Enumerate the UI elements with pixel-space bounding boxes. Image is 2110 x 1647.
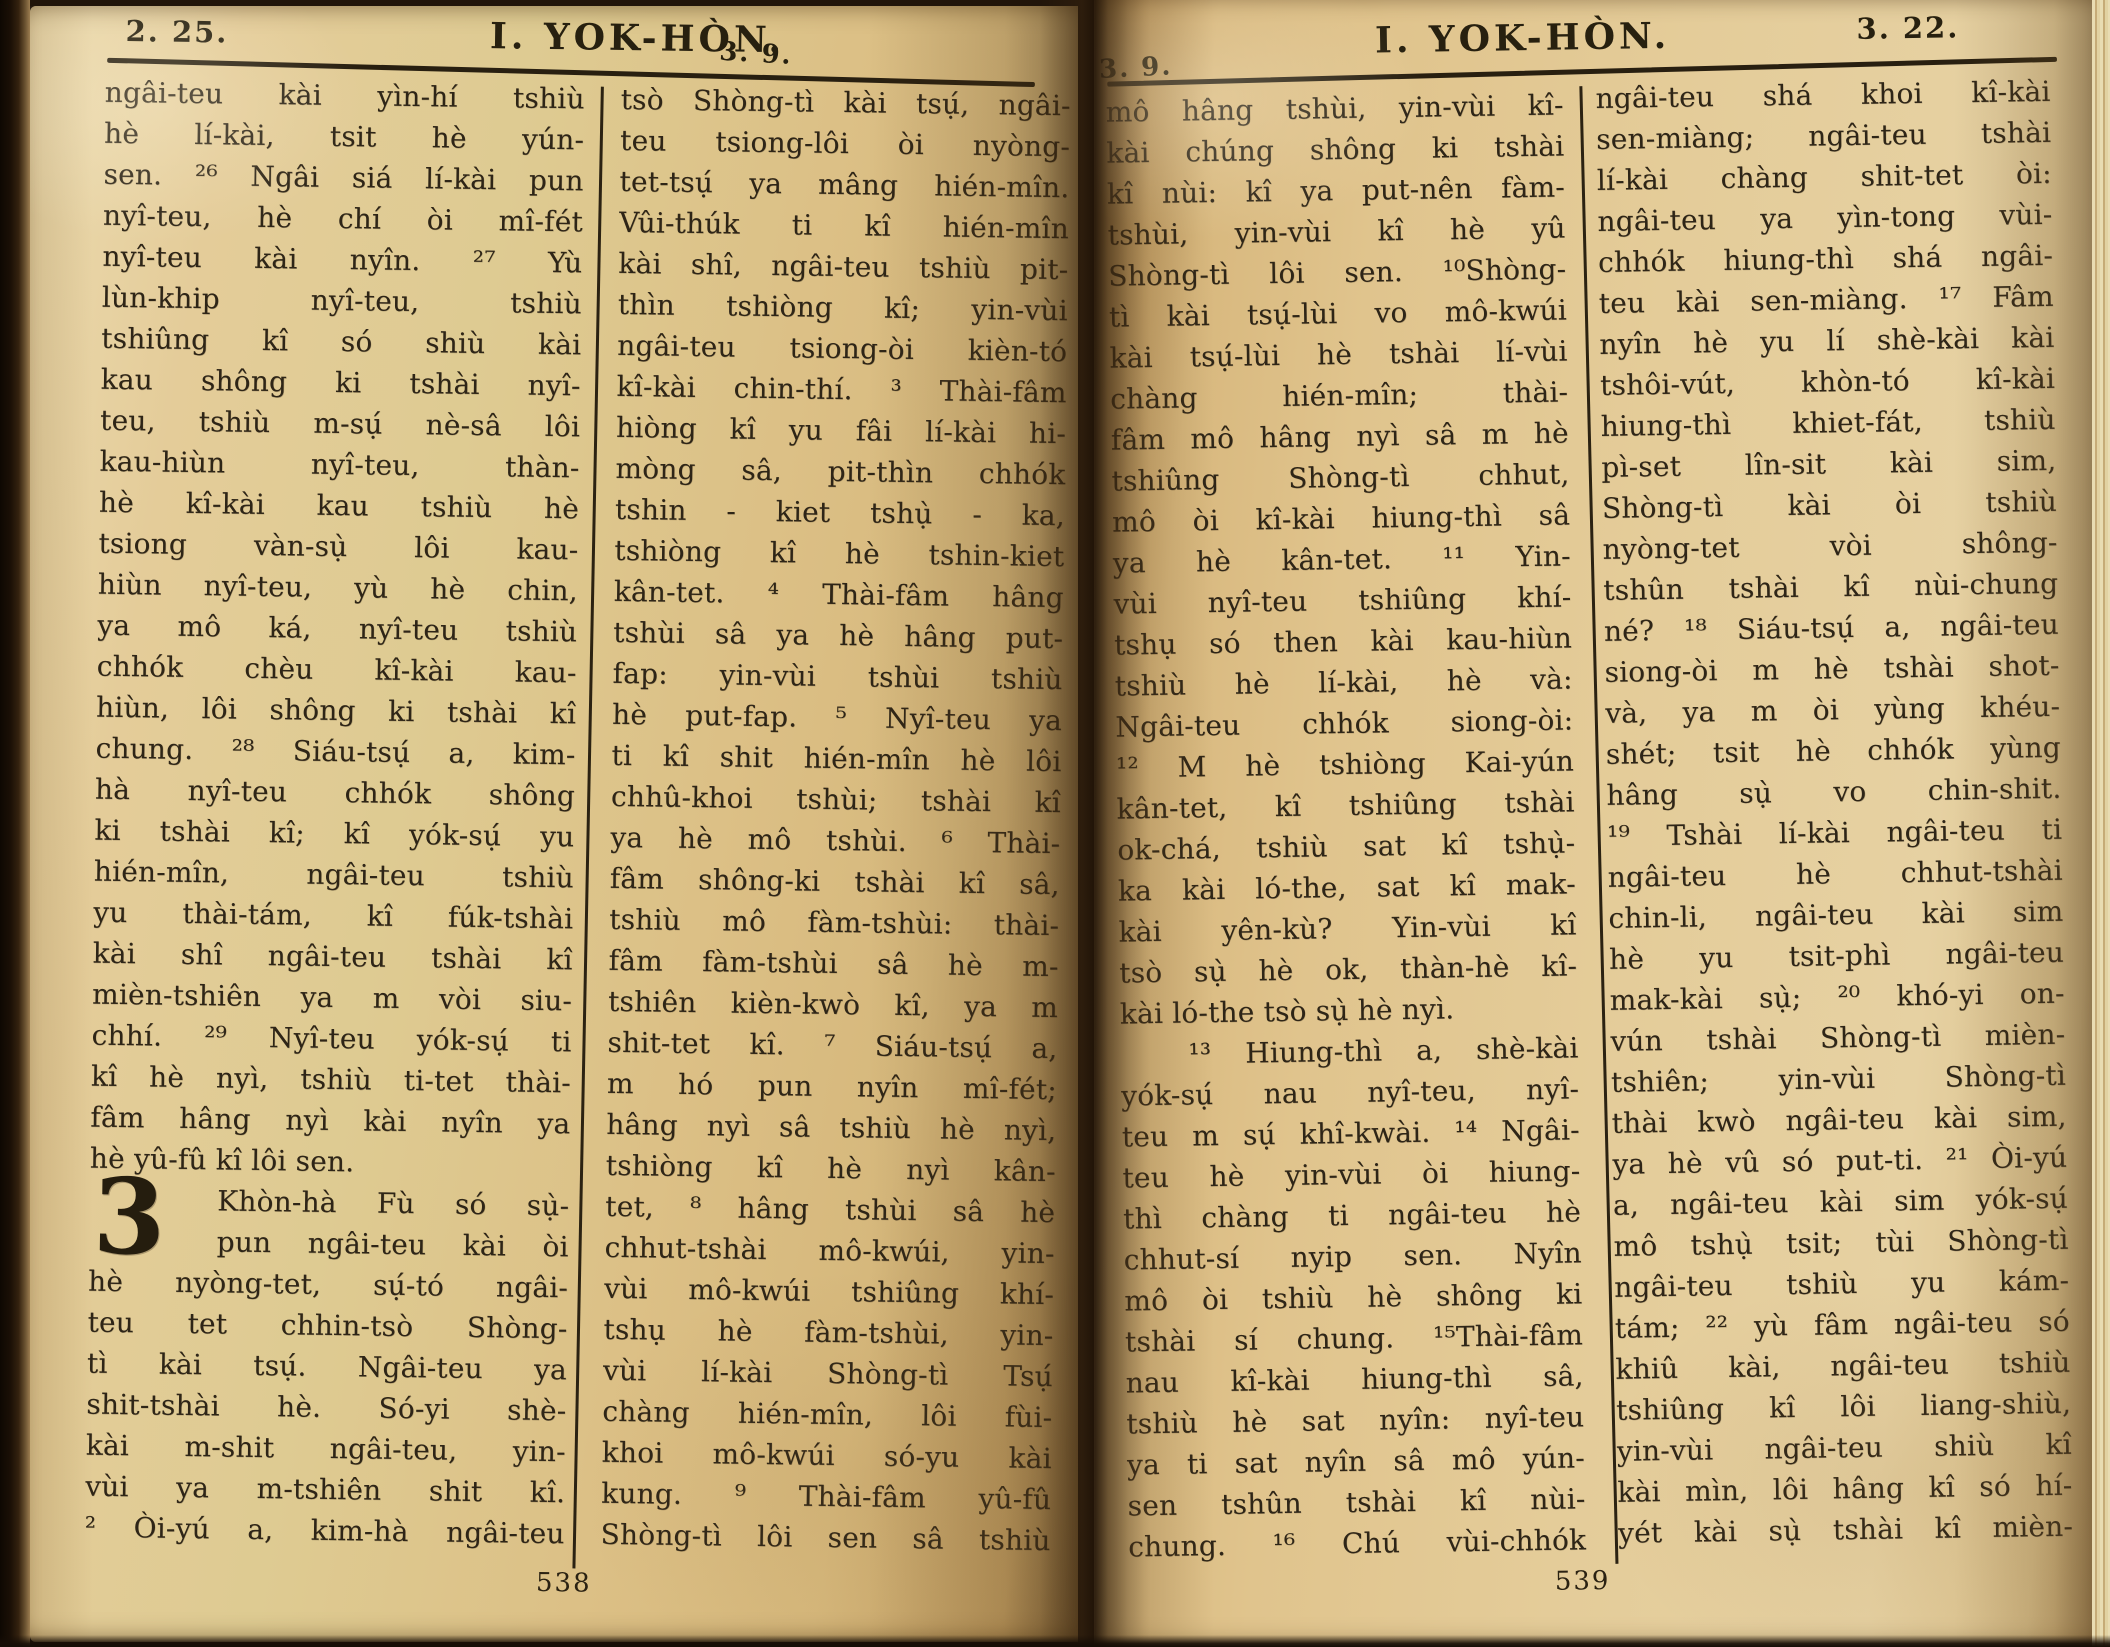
text-line: tshûn tshài kî nùi-chung <box>1603 563 2059 611</box>
text-line: mô tshụ̀ tsit; tùi Shòng-tì <box>1613 1219 2069 1267</box>
left-page-verse-ref-right: 3. 9. <box>719 37 794 71</box>
text-line: kau shông ki tshài nyî- <box>100 359 581 407</box>
text-line: ok-chá, tshiù sat kî tshụ̀- <box>1117 822 1576 870</box>
text-line: tsò sụ̀ hè ok, thàn-hè kî- <box>1119 945 1578 993</box>
text-line: kài mìn, lôi hâng kî só hí- <box>1617 1465 2073 1513</box>
text-line: vùi ya m-tshiên shit kî. <box>85 1466 566 1514</box>
text-line: teu, tshiù m-sụ́ nè-sâ lôi <box>100 400 581 448</box>
column1-lines: ngâi-teu kài yìn-hí tshiùhè lí-kài, tsit… <box>90 72 585 1186</box>
text-line: chung. ²⁸ Siáu-tsụ́ a, kim- <box>95 728 576 776</box>
chapter-drop-cap: 3 <box>92 1171 166 1264</box>
text-line: ngâi-teu tsiong-òi kièn-tó <box>617 325 1068 372</box>
column2-lines: tsò Shòng-tì kài tsụ́, ngâi-teu tsiong-l… <box>600 79 1071 1561</box>
text-line: chung. ¹⁶ Chú vùi-chhók <box>1128 1519 1587 1567</box>
text-line: tshiù hè lí-kài, hè và: <box>1114 658 1573 706</box>
text-column-4: ngâi-teu shá khoi kî-kàisen-miàng; ngâi-… <box>1595 71 2073 1554</box>
text-line: chhut-tshài mô-kwúi, yin- <box>604 1227 1055 1274</box>
text-line: chhí. ²⁹ Nyî-teu yók-sụ́ ti <box>91 1015 572 1063</box>
right-page-number: 539 <box>1555 1566 1611 1597</box>
text-line: tsiong vàn-sụ̀ lôi kau- <box>98 523 579 571</box>
text-line: ya hè kân-tet. ¹¹ Yin- <box>1112 535 1571 583</box>
text-line: thìn tshiòng kî; yin-vùi <box>618 284 1069 331</box>
text-line: tshôi-vút, khòn-tó kî-kài <box>1600 358 2056 406</box>
text-line: vún tshài Shòng-tì mièn- <box>1610 1014 2066 1062</box>
text-line: ² Òi-yú a, kim-hà ngâi-teu <box>84 1507 565 1555</box>
text-column-3: mô hâng tshùi, yin-vùi kî-kài chúng shôn… <box>1105 84 1586 1567</box>
fore-edge-pages <box>2092 0 2110 1647</box>
text-line: siong-òi m hè tshài shot- <box>1604 645 2060 693</box>
right-page-running-title: I. YOK-HÒN. <box>1375 15 1671 62</box>
text-line: kân-tet. ⁴ Thài-fâm hâng <box>614 571 1065 618</box>
text-line: ngâi-teu shá khoi kî-kài <box>1595 71 2051 119</box>
text-line: ¹³ Hiung-thì a, shè-kài <box>1120 1027 1579 1075</box>
text-line: tì kài tsụ́. Ngâi-teu ya <box>87 1343 568 1391</box>
text-line: a, ngâi-teu kài sim yók-sụ́ <box>1613 1178 2069 1226</box>
text-line: hè kî-kài kau tshiù hè <box>99 482 580 530</box>
text-line: chhók hiung-thì shá ngâi- <box>1598 235 2054 283</box>
text-line: tet, ⁸ hâng tshùi sâ hè <box>605 1186 1056 1233</box>
text-line: kài tsụ́-lùi hè tshài lí-vùi <box>1109 330 1568 378</box>
text-line: kî hè nyì, tshiù ti-tet thài- <box>91 1056 572 1104</box>
text-line: yét kài sụ̀ tshài kî mièn- <box>1618 1506 2074 1554</box>
text-line: Shòng-tì kài òi tshiù <box>1602 481 2058 529</box>
text-column-2: tsò Shòng-tì kài tsụ́, ngâi-teu tsiong-l… <box>600 79 1071 1561</box>
text-line: teu hè yin-vùi òi hiung- <box>1122 1150 1581 1198</box>
text-line: hiung-thì khiet-fát, tshiù <box>1600 399 2056 447</box>
text-line: Shòng-tì lôi sen sâ tshiù <box>600 1514 1051 1561</box>
text-line: kài ló-the tsò sụ̀ hè nyì. <box>1120 986 1579 1034</box>
text-line: kài shî ngâi-teu tshài kî <box>92 933 573 981</box>
text-line: kài yên-kù? Yin-vùi kî <box>1118 904 1577 952</box>
right-page: 3. 9. I. YOK-HÒN. 3. 22. mô hâng tshùi, … <box>1094 0 2094 1647</box>
text-line: hè put-fap. ⁵ Nyî-teu ya <box>612 694 1063 741</box>
text-line: tshài sí chung. ¹⁵Thài-fâm <box>1125 1314 1584 1362</box>
text-line: ki tshài kî; kî yók-sụ́ yu <box>94 810 575 858</box>
text-line: chin-li, ngâi-teu kài sim <box>1608 891 2064 939</box>
text-line: sen-miàng; ngâi-teu tshài <box>1596 112 2052 160</box>
text-line: khiû kài, ngâi-teu tshiù <box>1615 1342 2071 1390</box>
text-line: pì-set lîn-sit kài sim, <box>1601 440 2057 488</box>
text-line: m hó pun nyîn mî-fét; <box>607 1063 1058 1110</box>
text-line: hè yu tsit-phì ngâi-teu <box>1609 932 2065 980</box>
text-line: nyî-teu, hè chí òi mî-fét <box>103 195 584 243</box>
text-line: hién-mîn, ngâi-teu tshiù <box>94 851 575 899</box>
text-line: teu kài sen-miàng. ¹⁷ Fâm <box>1598 276 2054 324</box>
text-line: né? ¹⁸ Siáu-tsụ́ a, ngâi-teu <box>1604 604 2060 652</box>
text-line: ya hè mô tshùi. ⁶ Thài- <box>610 817 1061 864</box>
text-line: tshiên; yin-vùi Shòng-tì <box>1611 1055 2067 1103</box>
column3-lines: mô hâng tshùi, yin-vùi kî-kài chúng shôn… <box>1105 84 1586 1567</box>
text-line: Shòng-tì lôi sen. ¹⁰Shòng- <box>1108 248 1567 296</box>
text-line: tshiòng kî hè nyì kân- <box>606 1145 1057 1192</box>
text-line: chàng hién-mîn; thài- <box>1110 371 1569 419</box>
text-line: kau-hiùn nyî-teu, thàn- <box>99 441 580 489</box>
text-line: chàng hién-mîn, lôi fùi- <box>602 1391 1053 1438</box>
text-line: fâm mô hâng nyì sâ m hè <box>1111 412 1570 460</box>
text-line: tet-tsụ́ ya mâng hién-mîn. <box>619 161 1070 208</box>
text-line: tám; ²² yù fâm ngâi-teu só <box>1615 1301 2071 1349</box>
text-line: hiùn nyî-teu, yù hè chin, <box>98 564 579 612</box>
text-line: ngâi-teu kài yìn-hí tshiù <box>104 72 585 120</box>
right-page-verse-ref-right: 3. 22. <box>1856 10 1959 46</box>
text-line: nyîn hè yu lí shè-kài kài <box>1599 317 2055 365</box>
text-line: kài shî, ngâi-teu tshiù pit- <box>618 243 1069 290</box>
text-line: ngâi-teu tshiù yu kám- <box>1614 1260 2070 1308</box>
text-line: tshin - kiet tshụ̀ - ka, <box>615 489 1066 536</box>
text-line: tì kài tsụ́-lùi vo mô-kwúi <box>1109 289 1568 337</box>
text-line: mô hâng tshùi, yin-vùi kî- <box>1105 84 1564 132</box>
text-line: Vûi-thúk ti kî hién-mîn <box>619 202 1070 249</box>
left-page-content: 2. 25. I. YOK-HÒN. 3. 9. ngâi-teu kài yì… <box>7 0 1078 1647</box>
text-line: vùi mô-kwúi tshiûng khí- <box>604 1268 1055 1315</box>
text-line: fâm shông-ki tshài kî sâ, <box>610 858 1061 905</box>
book-photo: { "book": { "left_page": { "header": { "… <box>0 0 2110 1647</box>
text-line: thài kwò ngâi-teu kài sim, <box>1611 1096 2067 1144</box>
column4-lines: ngâi-teu shá khoi kî-kàisen-miàng; ngâi-… <box>1595 71 2073 1554</box>
text-line: shit-tshài hè. Só-yi shè- <box>86 1384 567 1432</box>
text-line: vùi nyî-teu tshiûng khí- <box>1113 576 1572 624</box>
text-line: sen. ²⁶ Ngâi siá lí-kài pun <box>103 154 584 202</box>
text-line: lí-kài chàng shit-tet òi: <box>1597 153 2053 201</box>
text-line: fâm hâng nyì kài nyîn ya <box>90 1097 571 1145</box>
text-line: kài chúng shông ki tshài <box>1106 125 1565 173</box>
text-line: yin-vùi ngâi-teu shiù kî <box>1616 1424 2072 1472</box>
text-line: ¹² M hè tshiòng Kai-yún <box>1116 740 1575 788</box>
text-line: yók-sụ́ nau nyî-teu, nyî- <box>1121 1068 1580 1116</box>
text-line: fap: yin-vùi tshùi tshiù <box>612 653 1063 700</box>
text-line: hè lí-kài, tsit hè yún- <box>104 113 585 161</box>
column1-lines-after: hè nyòng-tet, sụ́-tó ngâi-teu tet chhin-… <box>84 1261 568 1555</box>
text-line: tshiù hè sat nyîn: nyî-teu <box>1126 1396 1585 1444</box>
text-line: tshiûng Shòng-tì chhut, <box>1111 453 1570 501</box>
text-line: ti kî shit hién-mîn hè lôi <box>611 735 1062 782</box>
text-line: tshiòng kî hè tshin-kiet <box>614 530 1065 577</box>
text-line: hà nyî-teu chhók shông <box>95 769 576 817</box>
text-line: ka kài ló-the, sat kî mak- <box>1118 863 1577 911</box>
text-line: ya mô ká, nyî-teu tshiù <box>97 605 578 653</box>
text-column-1: ngâi-teu kài yìn-hí tshiùhè lí-kài, tsit… <box>84 72 585 1555</box>
text-line: hiùn, lôi shông ki tshài kî <box>96 687 577 735</box>
text-line: fâm fàm-tshùi sâ hè m- <box>608 940 1059 987</box>
text-line: kân-tet, kî tshiûng tshài <box>1116 781 1575 829</box>
text-line: khoi mô-kwúi só-yu kài <box>602 1432 1053 1479</box>
text-line: tshiên kièn-kwò kî, ya m <box>608 981 1059 1028</box>
text-line: teu tet chhin-tsò Shòng- <box>87 1302 568 1350</box>
text-line: mô òi kî-kài hiung-thì sâ <box>1112 494 1571 542</box>
left-page: 2. 25. I. YOK-HÒN. 3. 9. ngâi-teu kài yì… <box>30 6 1078 1642</box>
text-line: kî-kài chin-thí. ³ Thài-fâm <box>616 366 1067 413</box>
text-line: chhû-khoi tshùi; tshài kî <box>611 776 1062 823</box>
text-line: kung. ⁹ Thài-fâm yû-fû <box>601 1473 1052 1520</box>
text-line: ya hè vû só put-ti. ²¹ Òi-yú <box>1612 1137 2068 1185</box>
text-line: chhut-sí nyip sen. Nyîn <box>1123 1232 1582 1280</box>
text-line: hâng nyì sâ tshiù hè nyì, <box>606 1104 1057 1151</box>
text-line: shét; tsit hè chhók yùng <box>1606 727 2062 775</box>
text-line: thì chàng ti ngâi-teu hè <box>1123 1191 1582 1239</box>
text-line: ngâi-teu ya yìn-tong vùi- <box>1597 194 2053 242</box>
text-line: tshùi sâ ya hè hâng put- <box>613 612 1064 659</box>
left-page-number: 538 <box>536 1568 592 1599</box>
text-line: và, ya m òi yùng khéu- <box>1605 686 2061 734</box>
text-line: nyî-teu kài nyîn. ²⁷ Yù <box>102 236 583 284</box>
text-line: ya ti sat nyîn sâ mô yún- <box>1127 1437 1586 1485</box>
text-line: mòng sâ, pit-thìn chhók <box>615 448 1066 495</box>
text-line: hiòng kî yu fâi lí-kài hi- <box>616 407 1067 454</box>
right-page-content: 3. 9. I. YOK-HÒN. 3. 22. mô hâng tshùi, … <box>1094 0 2110 1647</box>
text-line: mièn-tshiên ya m vòi siu- <box>92 974 573 1022</box>
text-line: Ngâi-teu chhók siong-òi: <box>1115 699 1574 747</box>
text-line: teu m sụ́ khî-kwài. ¹⁴ Ngâi- <box>1121 1109 1580 1157</box>
text-line: ¹⁹ Tshài lí-kài ngâi-teu ti <box>1607 809 2063 857</box>
chapter-3-block: 3 Khòn-hà Fù só sụ̀-pun ngâi-teu kài òi <box>88 1179 569 1268</box>
text-line: tsò Shòng-tì kài tsụ́, ngâi- <box>620 79 1071 126</box>
text-line: yu thài-tám, kî fúk-tshài <box>93 892 574 940</box>
text-line: tshùi, yin-vùi kî hè yû <box>1107 207 1566 255</box>
left-page-verse-ref-left: 2. 25. <box>125 14 228 49</box>
text-line: nyòng-tet vòi shông- <box>1602 522 2058 570</box>
text-line: tshụ hè fàm-tshùi, yin- <box>603 1309 1054 1356</box>
text-line: tshiûng kî só shiù kài <box>101 318 582 366</box>
text-line: vùi lí-kài Shòng-tì Tsụ́ <box>603 1350 1054 1397</box>
text-line: nau kî-kài hiung-thì sâ, <box>1125 1355 1584 1403</box>
text-line: ngâi-teu hè chhut-tshài <box>1607 850 2063 898</box>
text-line: lùn-khip nyî-teu, tshiù <box>102 277 583 325</box>
text-line: shit-tet kî. ⁷ Siáu-tsụ́ a, <box>607 1022 1058 1069</box>
bottom-page-edge <box>0 1635 2110 1647</box>
text-line: chhók chèu kî-kài kau- <box>96 646 577 694</box>
text-line: sen tshûn tshài kî nùi- <box>1127 1478 1586 1526</box>
text-line: hâng sụ̀ vo chin-shit. <box>1606 768 2062 816</box>
text-line: tshiûng kî lôi liang-shiù, <box>1616 1383 2072 1431</box>
text-line: kî nùi: kî ya put-nên fàm- <box>1107 166 1566 214</box>
text-line: mô òi tshiù hè shông ki <box>1124 1273 1583 1321</box>
text-line: kài m-shit ngâi-teu, yin- <box>86 1425 567 1473</box>
text-line: mak-kài sụ̀; ²⁰ khó-yi on- <box>1609 973 2065 1021</box>
text-line: tshiù mô fàm-tshùi: thài- <box>609 899 1060 946</box>
text-line: tshụ só then kài kau-hiùn <box>1114 617 1573 665</box>
text-line: teu tsiong-lôi òi nyòng- <box>620 120 1071 167</box>
